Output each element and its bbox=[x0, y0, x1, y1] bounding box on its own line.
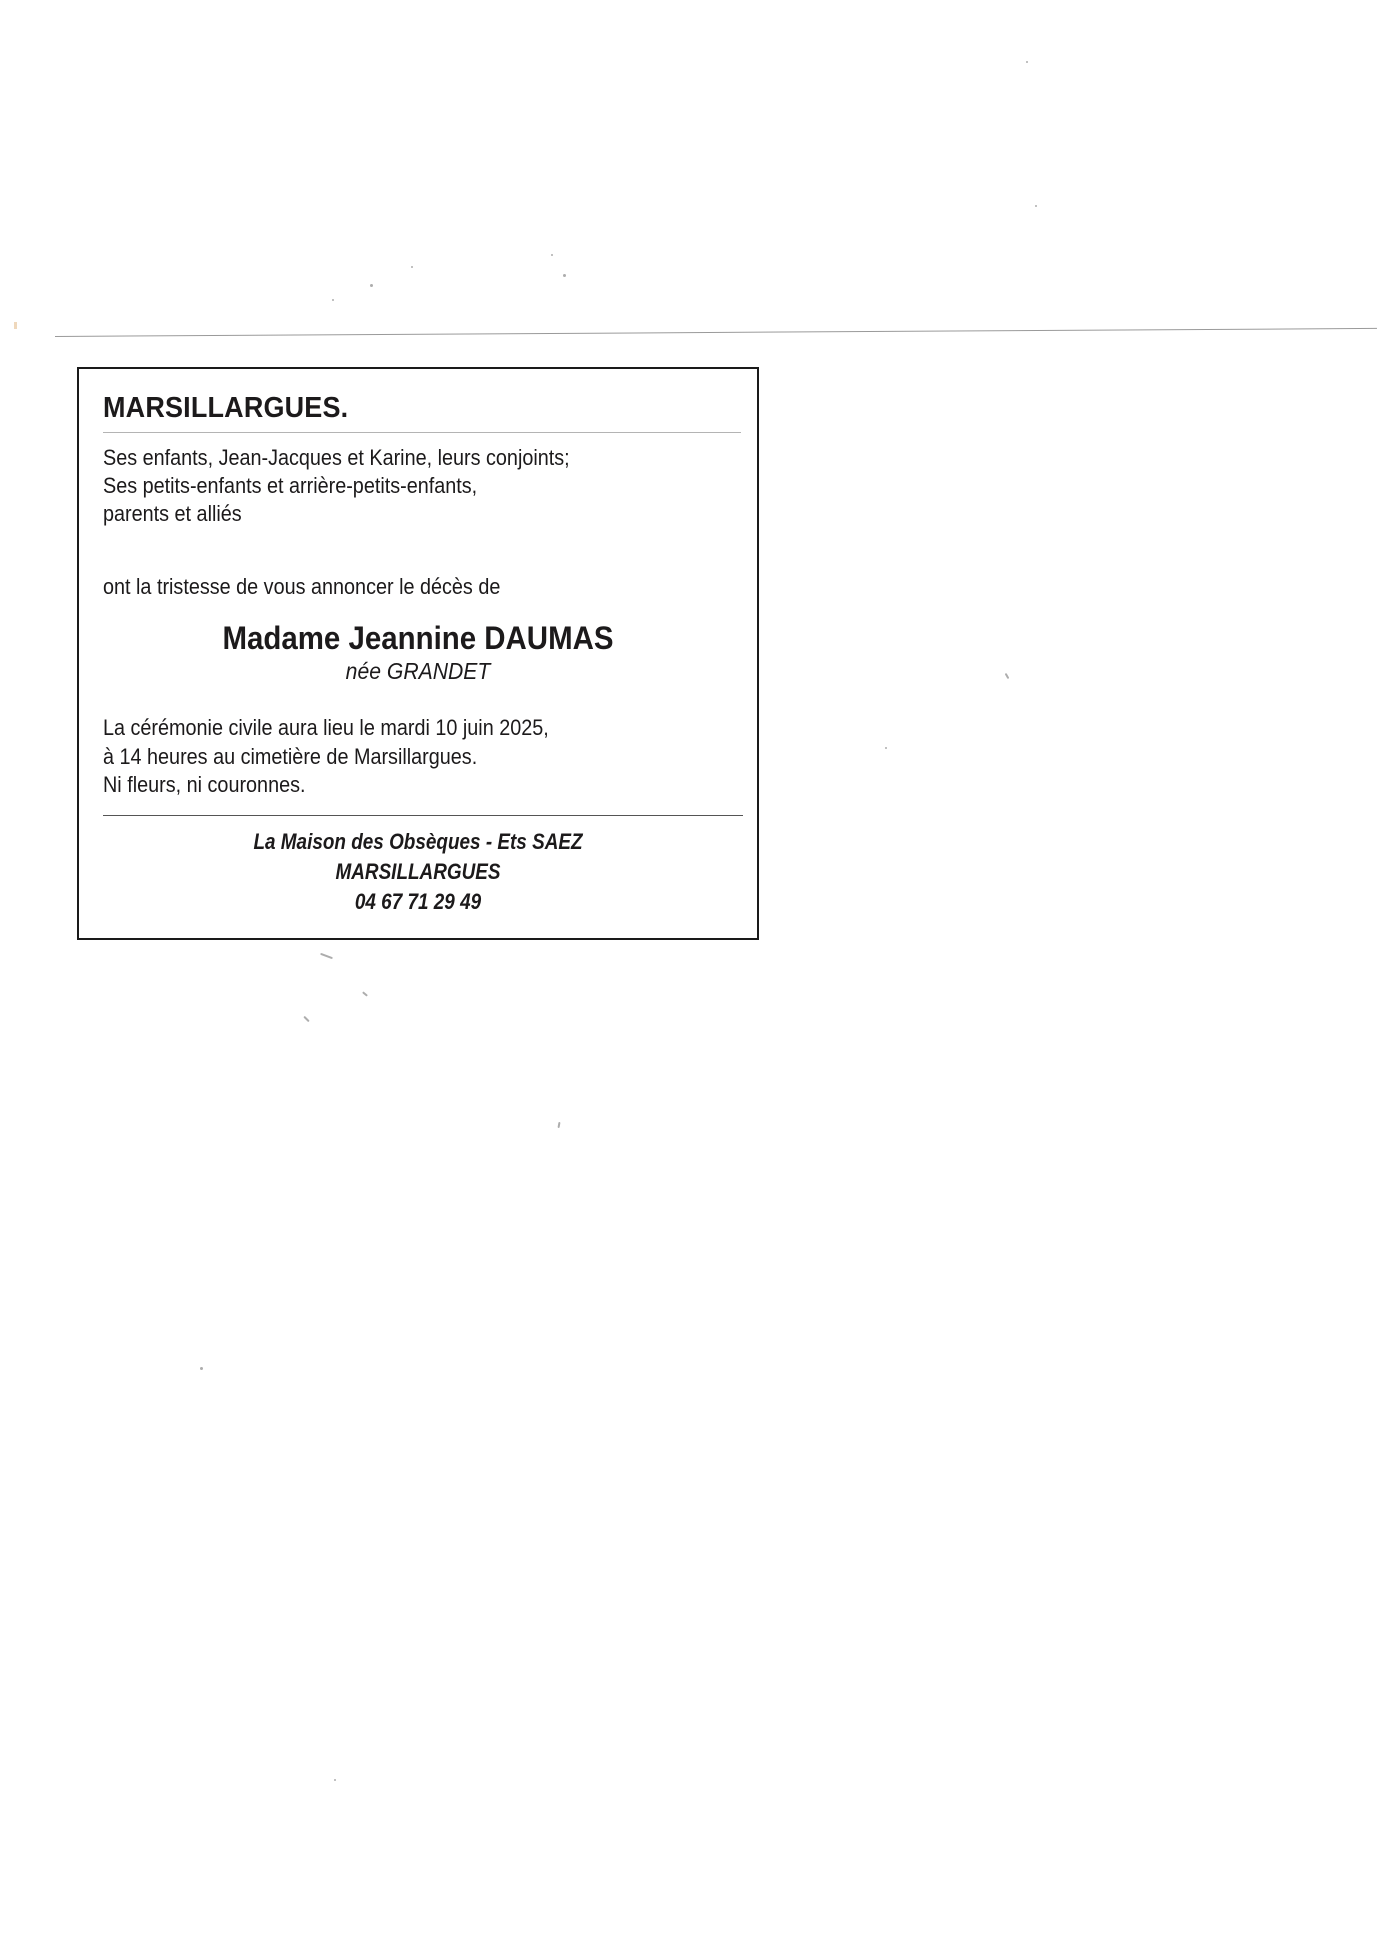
family-line: Ses petits-enfants et arrière-petits-enf… bbox=[103, 472, 570, 500]
scan-speck bbox=[303, 1016, 309, 1022]
funeral-home-city: MARSILLARGUES bbox=[126, 857, 709, 887]
maiden-name: née GRANDET bbox=[106, 657, 730, 685]
deceased-name: Madame Jeannine DAUMAS bbox=[106, 619, 730, 657]
scan-speck bbox=[411, 266, 413, 268]
family-line: parents et alliés bbox=[103, 500, 570, 528]
obituary-notice: MARSILLARGUES. Ses enfants, Jean-Jacques… bbox=[77, 367, 759, 940]
scan-speck bbox=[320, 953, 333, 959]
ceremony-line: Ni fleurs, ni couronnes. bbox=[103, 771, 549, 800]
announcement-text: ont la tristesse de vous annoncer le déc… bbox=[103, 573, 500, 601]
funeral-home-name: La Maison des Obsèques - Ets SAEZ bbox=[126, 827, 709, 857]
scan-speck bbox=[200, 1367, 203, 1370]
notice-location-title: MARSILLARGUES. bbox=[103, 391, 348, 425]
footer-divider bbox=[103, 815, 743, 816]
title-divider bbox=[103, 432, 741, 433]
scan-speck bbox=[885, 747, 887, 749]
scan-margin-mark bbox=[14, 322, 17, 329]
family-members: Ses enfants, Jean-Jacques et Karine, leu… bbox=[103, 444, 570, 528]
scan-speck bbox=[1026, 61, 1028, 63]
scan-speck bbox=[557, 1122, 560, 1128]
scan-speck bbox=[334, 1779, 336, 1781]
scan-speck bbox=[551, 254, 553, 256]
scan-speck bbox=[362, 991, 368, 996]
funeral-home-phone: 04 67 71 29 49 bbox=[126, 887, 709, 917]
scan-speck bbox=[1035, 205, 1037, 207]
funeral-home-info: La Maison des Obsèques - Ets SAEZ MARSIL… bbox=[126, 827, 709, 917]
scan-speck bbox=[1005, 673, 1010, 679]
family-line: Ses enfants, Jean-Jacques et Karine, leu… bbox=[103, 444, 570, 472]
scan-speck bbox=[370, 284, 373, 287]
scan-speck bbox=[563, 274, 566, 277]
page-divider-line bbox=[55, 328, 1377, 337]
ceremony-line: La cérémonie civile aura lieu le mardi 1… bbox=[103, 714, 549, 743]
ceremony-line: à 14 heures au cimetière de Marsillargue… bbox=[103, 743, 549, 772]
scan-speck bbox=[332, 299, 334, 301]
ceremony-details: La cérémonie civile aura lieu le mardi 1… bbox=[103, 714, 549, 800]
